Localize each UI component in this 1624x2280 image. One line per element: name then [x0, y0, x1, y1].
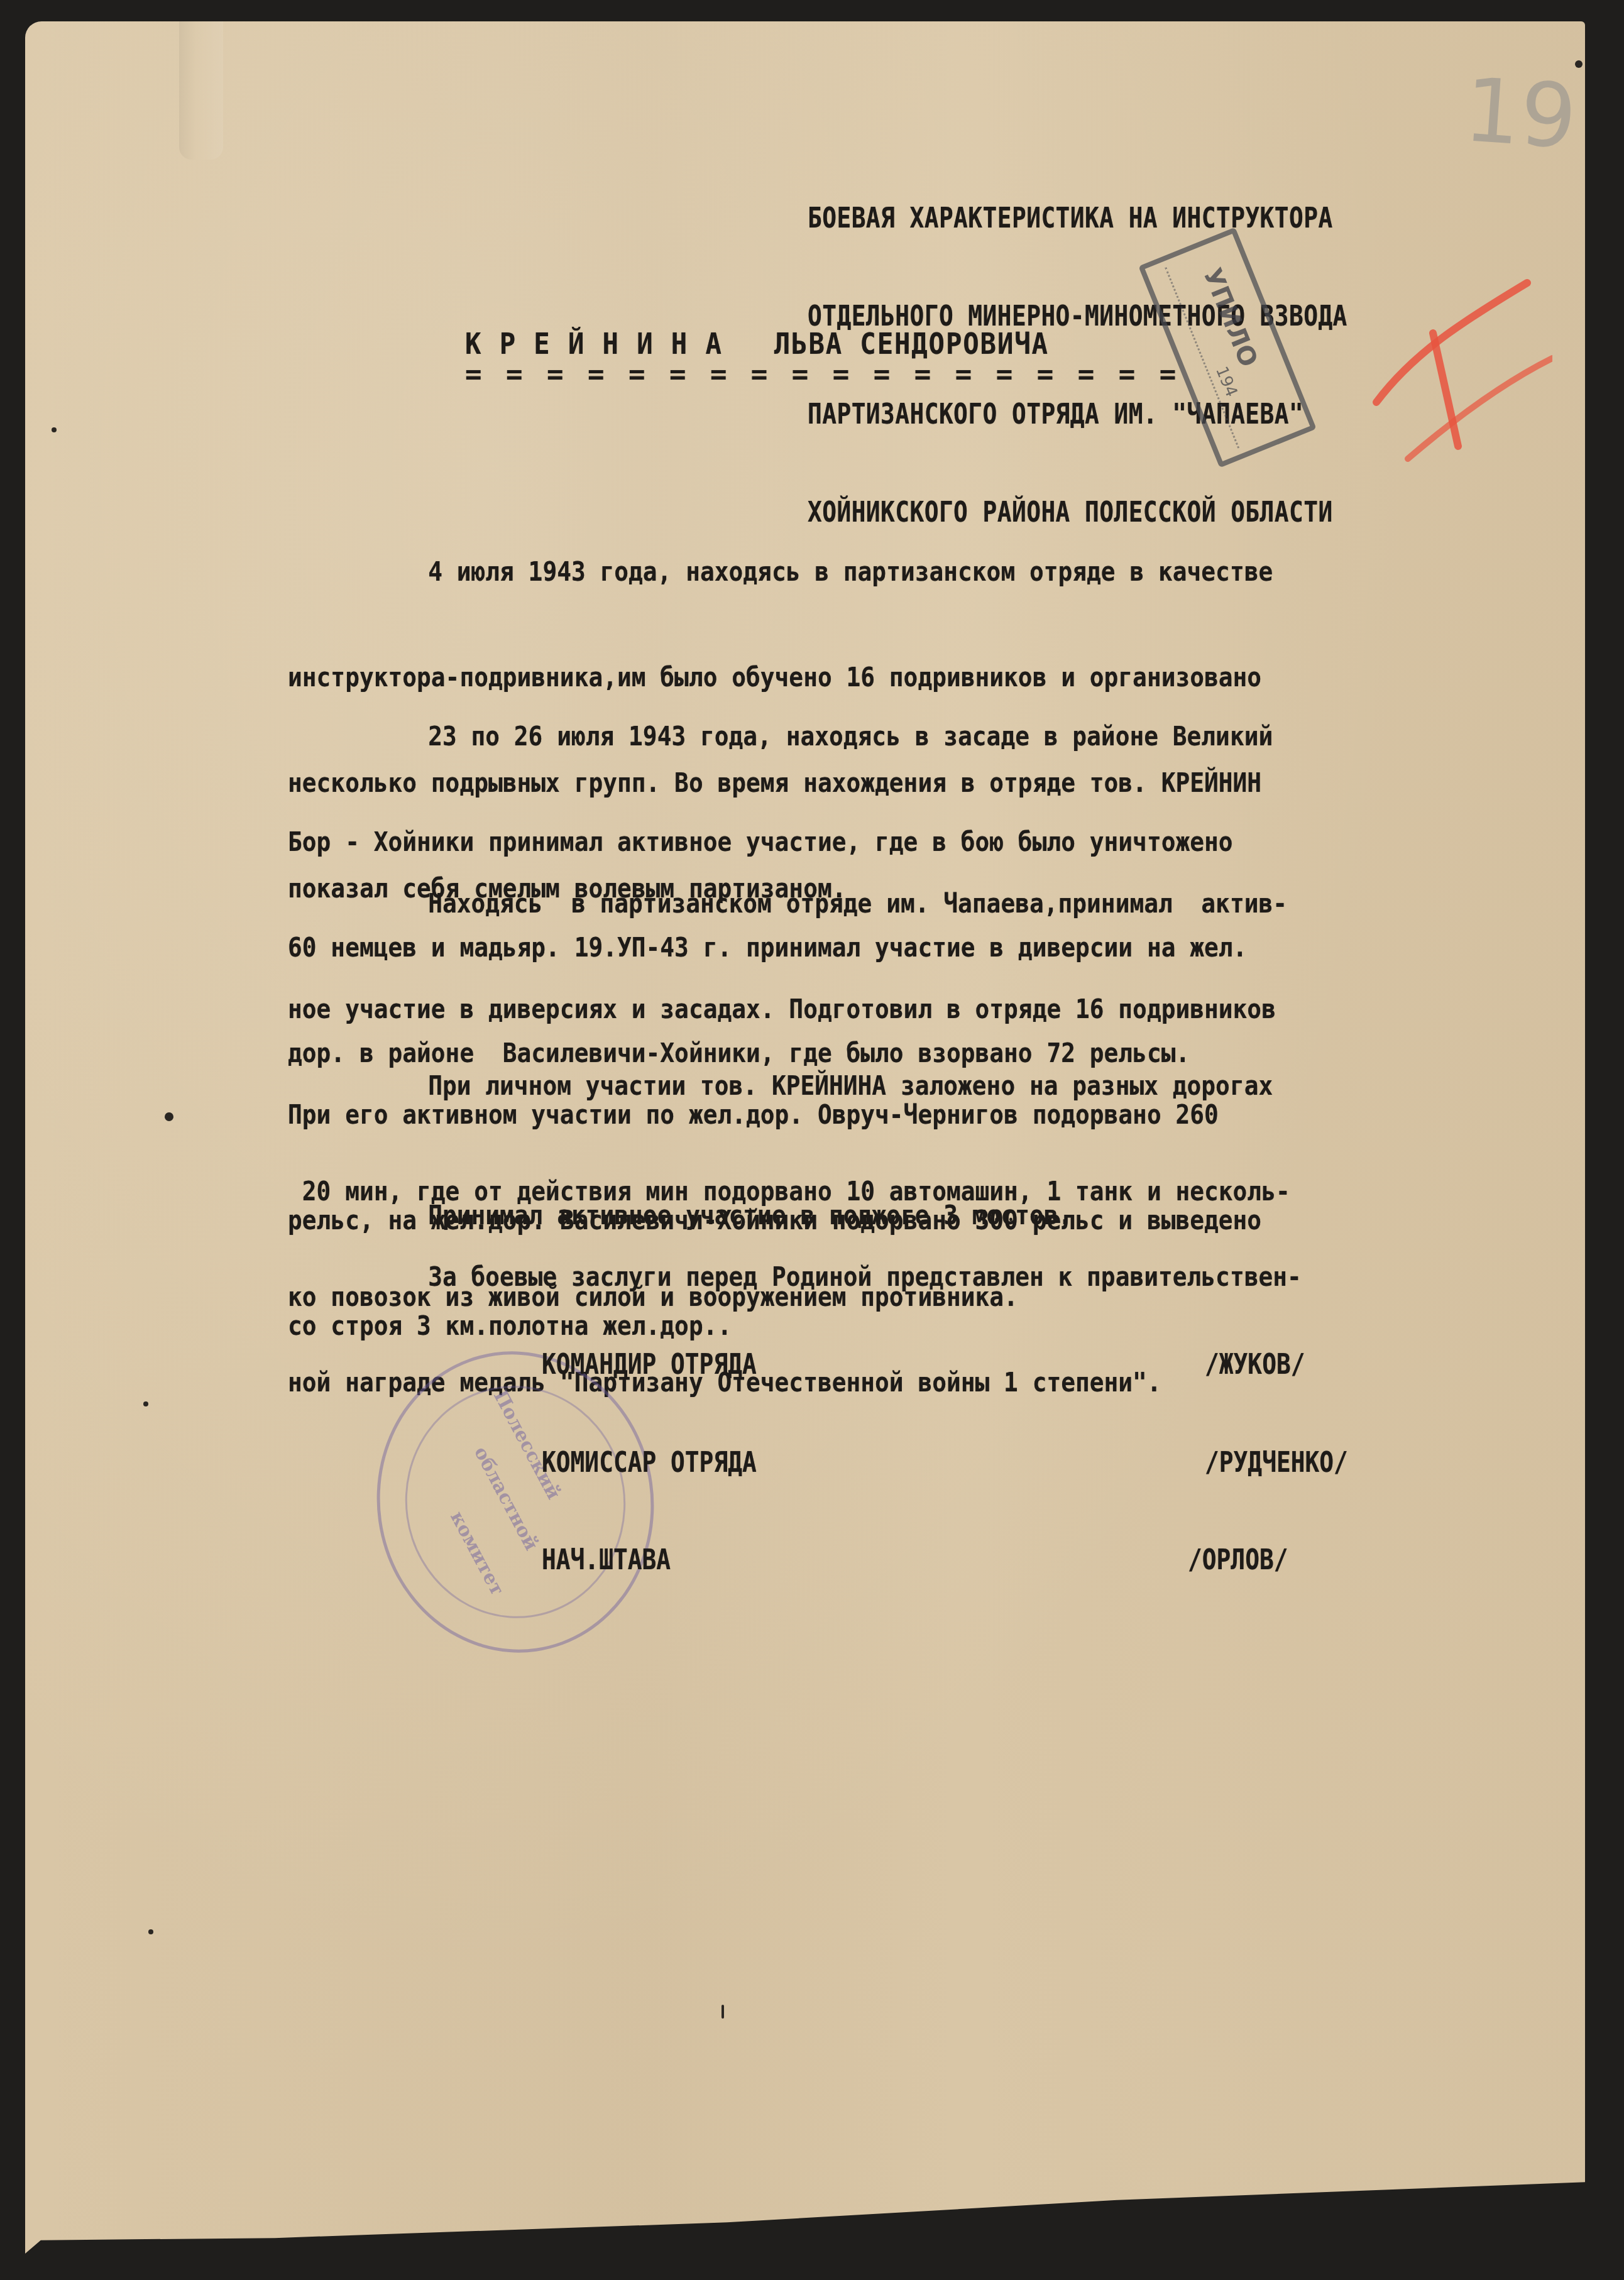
speck	[721, 2005, 724, 2019]
paper-fold	[179, 21, 223, 160]
stamp-word: УПИЛО	[1189, 264, 1263, 374]
signature-role: НАЧ.ШТАВА	[542, 1544, 671, 1576]
text-line: За боевые заслуги перед Родиной представ…	[371, 1259, 1302, 1295]
speck	[143, 1401, 148, 1406]
signature-role: КОМАНДИР ОТРЯДА	[542, 1349, 757, 1381]
pencil-page-number: 19	[1461, 59, 1580, 169]
subject-underline: = = = = = = = = = = = = = = = = = =	[465, 358, 1180, 390]
text-line: Находясь в партизанском отряде им. Чапае…	[371, 886, 1287, 921]
signature-role: КОМИССАР ОТРЯДА	[542, 1447, 757, 1479]
signature-name: /РУДЧЕНКО/	[1205, 1447, 1348, 1479]
speck	[165, 1112, 173, 1121]
speck	[52, 427, 57, 432]
text-line: При личном участии тов. КРЕЙНИНА заложен…	[371, 1068, 1290, 1104]
text-line: 23 по 26 июля 1943 года, находясь в заса…	[371, 719, 1273, 754]
speck	[148, 1929, 153, 1934]
signature-name: /ЖУКОВ/	[1205, 1349, 1305, 1381]
header-line: БОЕВАЯ ХАРАКТЕРИСТИКА НА ИНСТРУКТОРА	[808, 202, 1347, 235]
subject-name: К Р Е Й Н И Н А ЛЬВА СЕНДОРОВИЧА	[465, 327, 1049, 361]
text-line: 4 июля 1943 года, находясь в партизанско…	[371, 554, 1273, 589]
red-check-mark-icon	[1364, 264, 1552, 478]
signature-name: /ОРЛОВ/	[1188, 1544, 1288, 1576]
speck	[1575, 60, 1583, 68]
